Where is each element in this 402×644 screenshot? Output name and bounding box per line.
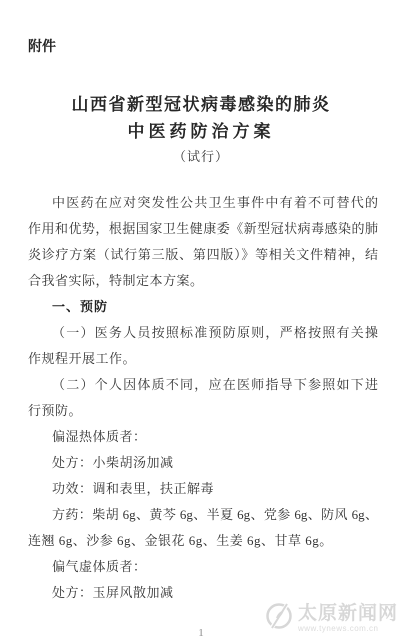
item2-line-2: 行预防。: [28, 398, 378, 424]
item1-line-1: （一）医务人员按照标准预防原则，严格按照有关操: [28, 320, 378, 346]
qi-deficiency-label: 偏气虚体质者：: [28, 554, 378, 580]
intro-line-3: 炎诊疗方案（试行第三版、第四版）》等相关文件精神，结: [28, 242, 378, 268]
document-subtitle: （试行）: [0, 146, 402, 165]
page-number: 1: [0, 627, 402, 639]
item1-line-2: 作规程开展工作。: [28, 346, 378, 372]
damp-heat-prescription: 处方：小柴胡汤加减: [28, 450, 378, 476]
section-heading-prevention: 一、预防: [28, 294, 378, 320]
document-body: 中医药在应对突发性公共卫生事件中有着不可替代的 作用和优势，根据国家卫生健康委《…: [28, 190, 378, 606]
intro-line-2: 作用和优势，根据国家卫生健康委《新型冠状病毒感染的肺: [28, 216, 378, 242]
intro-line-4: 合我省实际，特制定本方案。: [28, 268, 378, 294]
damp-heat-herbs-line-2: 连翘 6g、沙参 6g、金银花 6g、生姜 6g、甘草 6g。: [28, 528, 378, 554]
document-page: 附件 山西省新型冠状病毒感染的肺炎 中医药防治方案 （试行） 中医药在应对突发性…: [0, 0, 402, 644]
document-title-line2: 中医药防治方案: [0, 117, 402, 142]
document-title-line1: 山西省新型冠状病毒感染的肺炎: [0, 90, 402, 115]
damp-heat-herbs-line-1: 方药：柴胡 6g、黄芩 6g、半夏 6g、党参 6g、防风 6g、: [28, 502, 378, 528]
watermark-site-name: 太原新闻网: [298, 604, 398, 623]
intro-line-1: 中医药在应对突发性公共卫生事件中有着不可替代的: [28, 190, 378, 216]
attachment-label: 附件: [28, 36, 56, 56]
damp-heat-effect: 功效：调和表里，扶正解毒: [28, 476, 378, 502]
item2-line-1: （二）个人因体质不同，应在医师指导下参照如下进: [28, 372, 378, 398]
damp-heat-label: 偏湿热体质者：: [28, 424, 378, 450]
